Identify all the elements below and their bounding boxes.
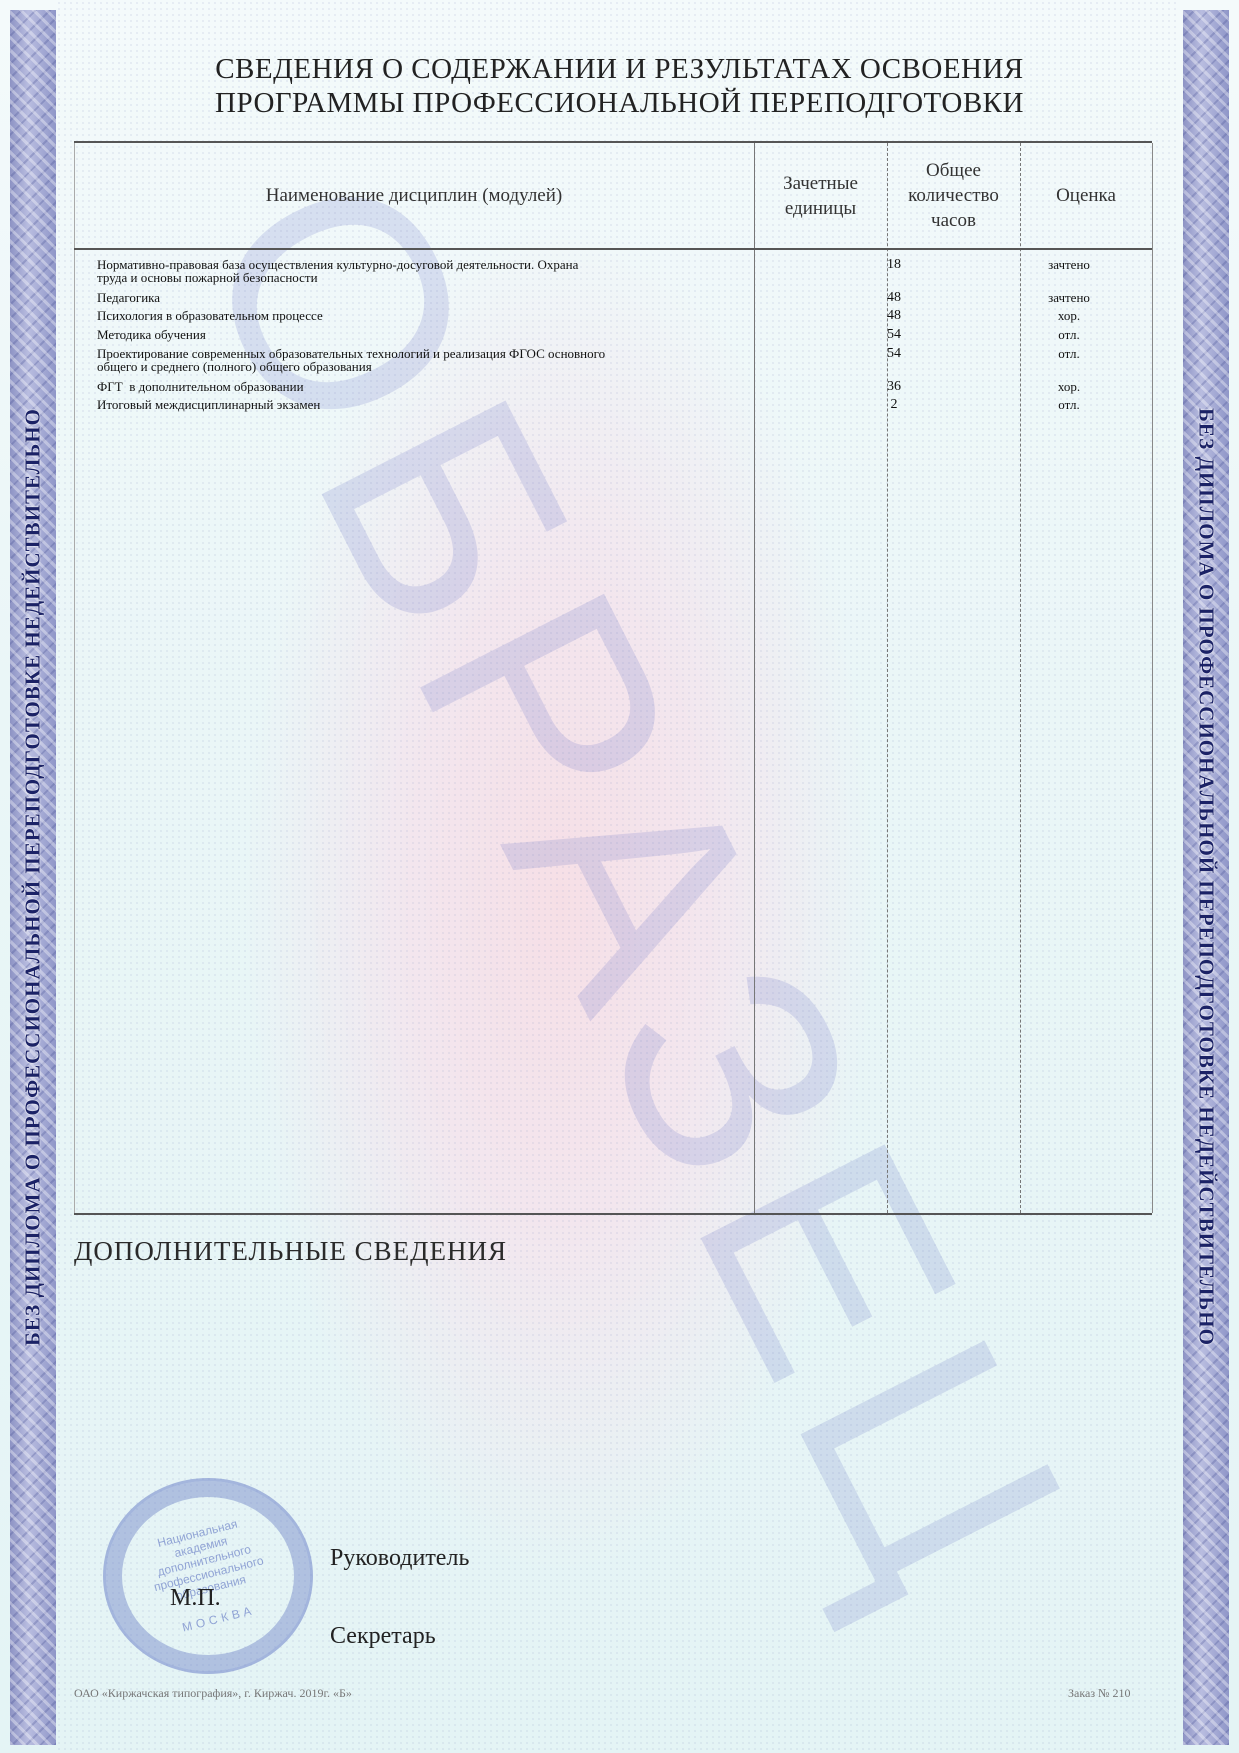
table-header: Наименование дисциплин (модулей) Зачетны… [74,143,1152,250]
hours-value: 2 [874,398,914,412]
hours-value: 48 [874,291,914,305]
header-discipline: Наименование дисциплин (модулей) [74,143,754,248]
printer-imprint: ОАО «Киржачская типография», г. Киржач. … [74,1686,352,1701]
hours-value: 54 [874,347,914,361]
discipline-name: Нормативно-правовая база осуществления к… [97,258,737,284]
additional-info-title: ДОПОЛНИТЕЛЬНЫЕ СВЕДЕНИЯ [74,1236,507,1267]
column-divider [1020,143,1021,1213]
grade-value: хор. [1029,309,1109,322]
discipline-name: Психология в образовательном процессе [97,309,737,322]
grade-value: хор. [1029,380,1109,393]
title-line-2: ПРОГРАММЫ ПРОФЕССИОНАЛЬНОЙ ПЕРЕПОДГОТОВК… [0,86,1239,120]
hours-value: 54 [874,328,914,342]
stamp-text: Национальная академия дополнительного пр… [142,1513,273,1639]
column-divider [754,143,755,1213]
grade-value: отл. [1029,398,1109,411]
order-number: Заказ № 210 [1068,1686,1131,1701]
header-credits-line-2: единицы [783,196,858,221]
grade-value: отл. [1029,328,1109,341]
discipline-name: ФГТ в дополнительном образовании [97,380,737,393]
official-stamp: Национальная академия дополнительного пр… [103,1478,313,1674]
title-line-1: СВЕДЕНИЯ О СОДЕРЖАНИИ И РЕЗУЛЬТАТАХ ОСВО… [0,52,1239,86]
header-hours-line-3: часов [908,208,999,233]
grade-value: зачтено [1029,291,1109,304]
header-hours-line-1: Общее [908,158,999,183]
secretary-signature-label: Секретарь [330,1623,436,1650]
left-security-border: БЕЗ ДИПЛОМА О ПРОФЕССИОНАЛЬНОЙ ПЕРЕПОДГО… [10,10,56,1745]
right-border-text: БЕЗ ДИПЛОМА О ПРОФЕССИОНАЛЬНОЙ ПЕРЕПОДГО… [1194,408,1219,1346]
grade-value: отл. [1029,347,1109,360]
right-security-border: БЕЗ ДИПЛОМА О ПРОФЕССИОНАЛЬНОЙ ПЕРЕПОДГО… [1183,10,1229,1745]
header-credits-line-1: Зачетные [783,171,858,196]
discipline-name: Методика обучения [97,328,737,341]
header-hours-line-2: количество [908,183,999,208]
page-title: СВЕДЕНИЯ О СОДЕРЖАНИИ И РЕЗУЛЬТАТАХ ОСВО… [0,52,1239,120]
discipline-name: Педагогика [97,291,737,304]
hours-value: 18 [874,258,914,272]
hours-value: 36 [874,380,914,394]
hours-value: 48 [874,309,914,323]
discipline-name: Проектирование современных образовательн… [97,347,737,373]
table-left-edge [74,143,75,1213]
stamp-place-label: М.П. [170,1585,221,1612]
head-signature-label: Руководитель [330,1545,469,1572]
disciplines-table: Наименование дисциплин (модулей) Зачетны… [74,141,1152,1215]
grade-value: зачтено [1029,258,1109,271]
table-right-edge [1152,143,1153,1213]
discipline-name-line: общего и среднего (полного) общего образ… [97,360,737,373]
header-hours: Общее количество часов [887,143,1020,248]
discipline-name: Итоговый междисциплинарный экзамен [97,398,737,411]
discipline-name-line: труда и основы пожарной безопасности [97,271,737,284]
header-credits: Зачетные единицы [754,143,887,248]
left-border-text: БЕЗ ДИПЛОМА О ПРОФЕССИОНАЛЬНОЙ ПЕРЕПОДГО… [21,408,46,1346]
header-grade: Оценка [1020,143,1152,248]
